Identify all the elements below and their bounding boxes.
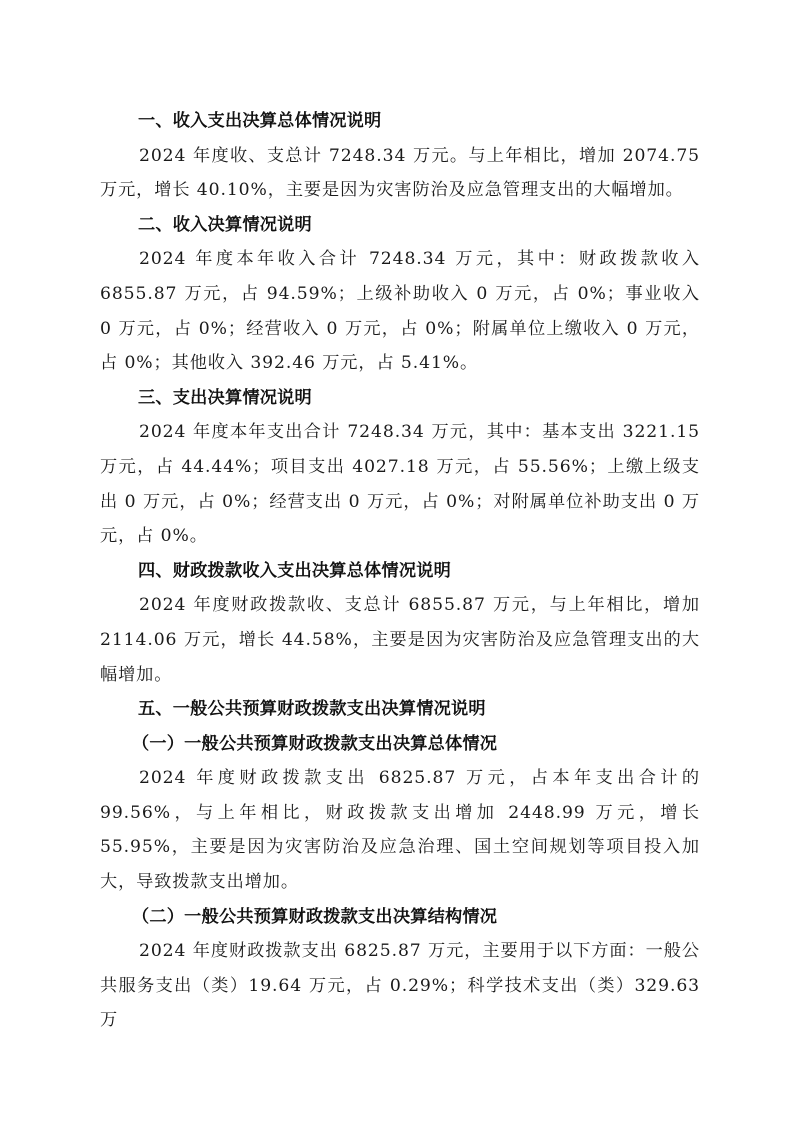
subsection-heading-5-1: （一）一般公共预算财政拨款支出决算总体情况 <box>100 727 700 762</box>
section-heading-3: 三、支出决算情况说明 <box>100 381 700 416</box>
subsection-heading-5-2: （二）一般公共预算财政拨款支出决算结构情况 <box>100 900 700 935</box>
section-paragraph-1: 2024 年度收、支总计 7248.34 万元。与上年相比，增加 2074.75… <box>100 139 700 208</box>
section-paragraph-2: 2024 年度本年收入合计 7248.34 万元，其中：财政拨款收入 6855.… <box>100 242 700 380</box>
document-page: 一、收入支出决算总体情况说明 2024 年度收、支总计 7248.34 万元。与… <box>100 104 700 1038</box>
subsection-paragraph-5-1: 2024 年度财政拨款支出 6825.87 万元，占本年支出合计的 99.56%… <box>100 761 700 899</box>
section-heading-5: 五、一般公共预算财政拨款支出决算情况说明 <box>100 692 700 727</box>
section-heading-2: 二、收入决算情况说明 <box>100 208 700 243</box>
section-heading-4: 四、财政拨款收入支出决算总体情况说明 <box>100 554 700 589</box>
section-heading-1: 一、收入支出决算总体情况说明 <box>100 104 700 139</box>
section-paragraph-3: 2024 年度本年支出合计 7248.34 万元，其中：基本支出 3221.15… <box>100 415 700 553</box>
section-paragraph-4: 2024 年度财政拨款收、支总计 6855.87 万元，与上年相比，增加 211… <box>100 588 700 692</box>
subsection-paragraph-5-2: 2024 年度财政拨款支出 6825.87 万元，主要用于以下方面：一般公共服务… <box>100 934 700 1038</box>
